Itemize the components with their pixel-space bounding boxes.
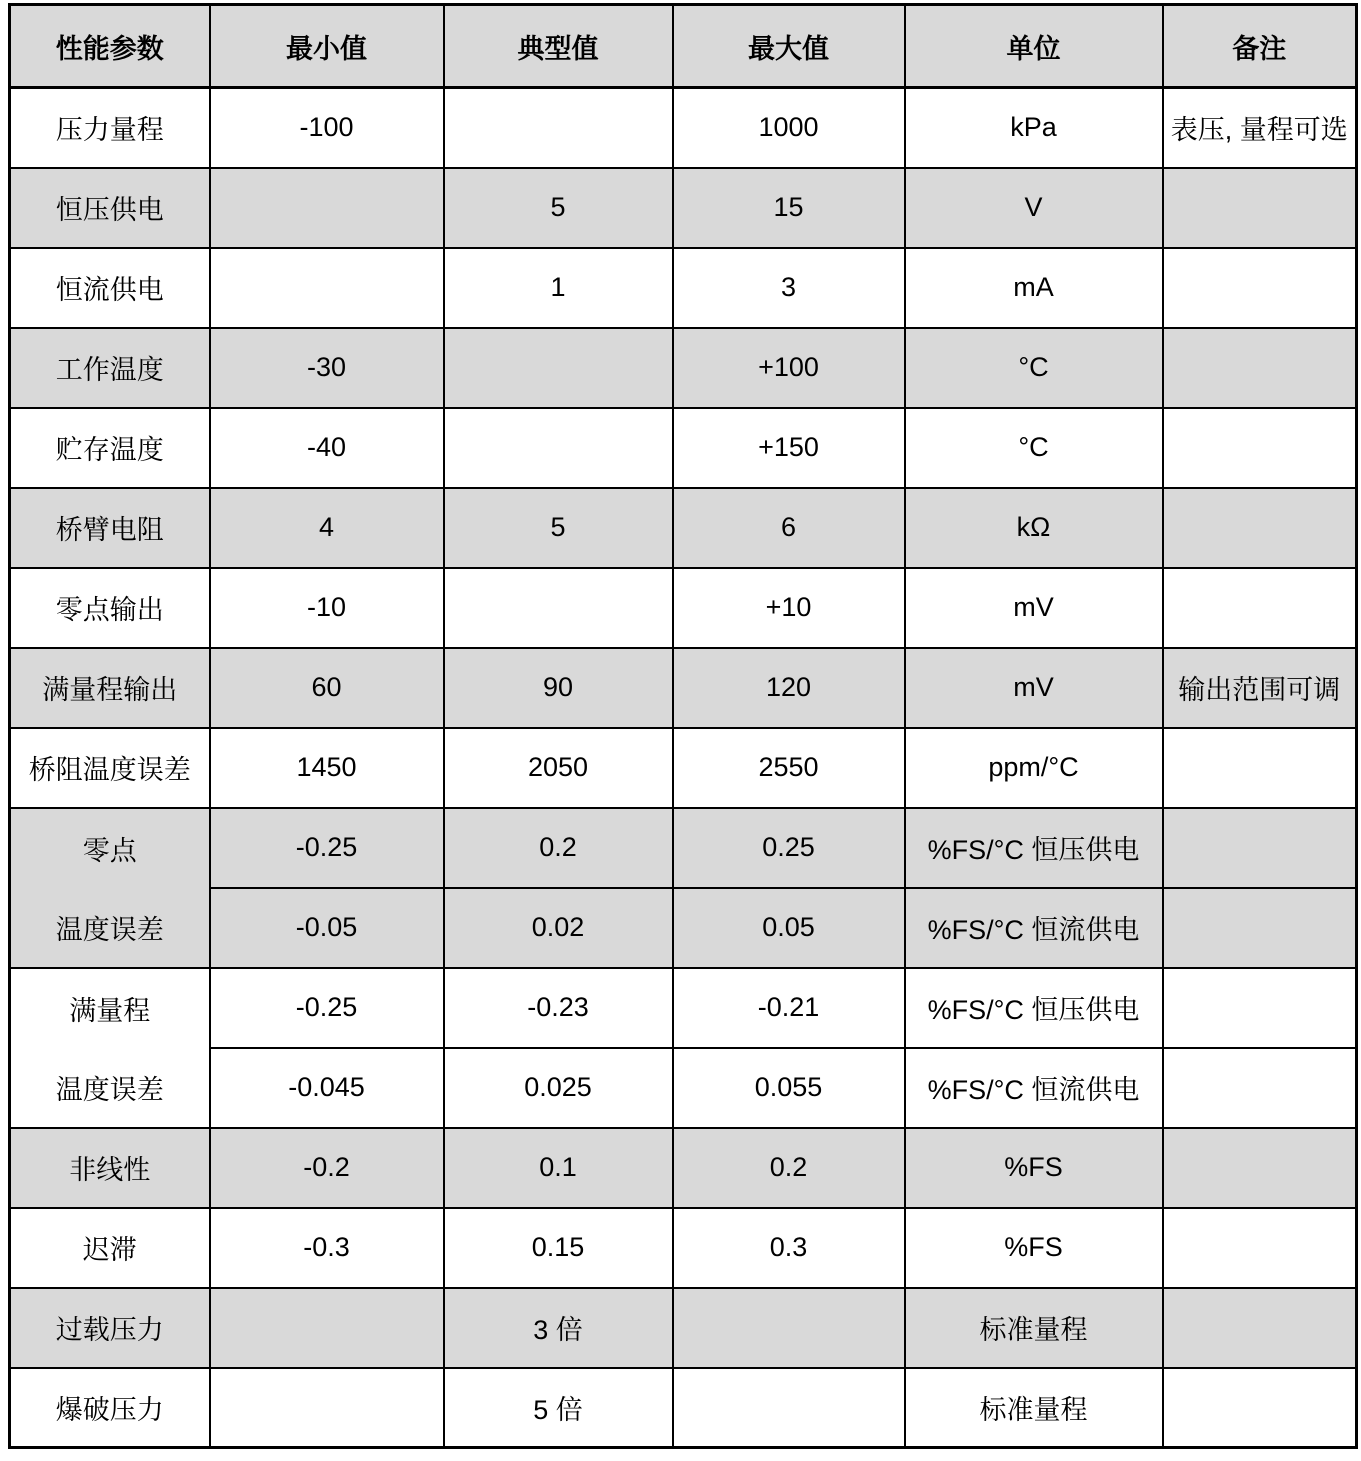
- min-cell: [210, 248, 444, 328]
- min-cell: -10: [210, 568, 444, 648]
- column-header-2: 典型值: [444, 5, 673, 88]
- unit-cell: %FS/°C 恒流供电: [905, 888, 1163, 968]
- typ-cell: [444, 408, 673, 488]
- max-cell: +150: [673, 408, 905, 488]
- max-cell: -0.21: [673, 968, 905, 1048]
- unit-cell: 标准量程: [905, 1288, 1163, 1368]
- note-cell: [1163, 968, 1357, 1048]
- unit-cell: °C: [905, 328, 1163, 408]
- table-row: 恒流供电13mA: [10, 248, 1357, 328]
- param-line: 温度误差: [11, 1048, 209, 1127]
- note-cell: [1163, 1368, 1357, 1448]
- table-row: 零点温度误差-0.250.20.25%FS/°C 恒压供电: [10, 808, 1357, 888]
- typ-cell: 5: [444, 488, 673, 568]
- note-cell: [1163, 168, 1357, 248]
- note-cell: [1163, 248, 1357, 328]
- table-row: 迟滞-0.30.150.3%FS: [10, 1208, 1357, 1288]
- unit-cell: %FS: [905, 1128, 1163, 1208]
- table-row: 非线性-0.20.10.2%FS: [10, 1128, 1357, 1208]
- header-row: 性能参数最小值典型值最大值单位备注: [10, 5, 1357, 88]
- min-cell: 60: [210, 648, 444, 728]
- unit-cell: mA: [905, 248, 1163, 328]
- typ-cell: 0.2: [444, 808, 673, 888]
- note-cell: [1163, 1288, 1357, 1368]
- table-row: 贮存温度-40+150°C: [10, 408, 1357, 488]
- param-lines: 满量程温度误差: [11, 969, 209, 1127]
- max-cell: [673, 1368, 905, 1448]
- max-cell: 1000: [673, 88, 905, 168]
- max-cell: 0.05: [673, 888, 905, 968]
- table-row: 压力量程-1001000kPa表压, 量程可选: [10, 88, 1357, 168]
- unit-cell: ppm/°C: [905, 728, 1163, 808]
- table-row: 恒压供电515V: [10, 168, 1357, 248]
- typ-cell: 90: [444, 648, 673, 728]
- param-cell: 零点温度误差: [10, 808, 210, 968]
- unit-cell: °C: [905, 408, 1163, 488]
- spec-table-body: 压力量程-1001000kPa表压, 量程可选恒压供电515V恒流供电13mA工…: [10, 88, 1357, 1448]
- note-cell: [1163, 1048, 1357, 1128]
- typ-cell: 2050: [444, 728, 673, 808]
- typ-cell: [444, 328, 673, 408]
- param-cell: 过载压力: [10, 1288, 210, 1368]
- max-cell: 15: [673, 168, 905, 248]
- min-cell: [210, 1368, 444, 1448]
- param-cell: 非线性: [10, 1128, 210, 1208]
- typ-cell: 0.02: [444, 888, 673, 968]
- param-cell: 工作温度: [10, 328, 210, 408]
- param-cell: 桥臂电阻: [10, 488, 210, 568]
- table-row: -0.0450.0250.055%FS/°C 恒流供电: [10, 1048, 1357, 1128]
- note-cell: [1163, 568, 1357, 648]
- table-row: 桥阻温度误差145020502550ppm/°C: [10, 728, 1357, 808]
- column-header-3: 最大值: [673, 5, 905, 88]
- table-row: 工作温度-30+100°C: [10, 328, 1357, 408]
- param-line: 零点: [11, 809, 209, 888]
- min-cell: [210, 1288, 444, 1368]
- param-cell: 爆破压力: [10, 1368, 210, 1448]
- param-cell: 满量程输出: [10, 648, 210, 728]
- note-cell: [1163, 888, 1357, 968]
- unit-cell: mV: [905, 648, 1163, 728]
- typ-cell: 0.15: [444, 1208, 673, 1288]
- unit-cell: 标准量程: [905, 1368, 1163, 1448]
- unit-cell: %FS: [905, 1208, 1163, 1288]
- min-cell: -0.2: [210, 1128, 444, 1208]
- note-cell: 输出范围可调: [1163, 648, 1357, 728]
- table-row: 过载压力3 倍标准量程: [10, 1288, 1357, 1368]
- typ-cell: -0.23: [444, 968, 673, 1048]
- table-row: 爆破压力5 倍标准量程: [10, 1368, 1357, 1448]
- min-cell: 1450: [210, 728, 444, 808]
- min-cell: -0.045: [210, 1048, 444, 1128]
- min-cell: -100: [210, 88, 444, 168]
- table-row: 零点输出-10+10mV: [10, 568, 1357, 648]
- max-cell: 0.055: [673, 1048, 905, 1128]
- typ-cell: 5 倍: [444, 1368, 673, 1448]
- param-cell: 迟滞: [10, 1208, 210, 1288]
- column-header-1: 最小值: [210, 5, 444, 88]
- max-cell: 0.3: [673, 1208, 905, 1288]
- column-header-0: 性能参数: [10, 5, 210, 88]
- min-cell: -30: [210, 328, 444, 408]
- spec-table: 性能参数最小值典型值最大值单位备注 压力量程-1001000kPa表压, 量程可…: [8, 3, 1358, 1449]
- param-cell: 恒流供电: [10, 248, 210, 328]
- typ-cell: 0.1: [444, 1128, 673, 1208]
- unit-cell: V: [905, 168, 1163, 248]
- unit-cell: mV: [905, 568, 1163, 648]
- max-cell: 2550: [673, 728, 905, 808]
- note-cell: [1163, 328, 1357, 408]
- min-cell: -0.25: [210, 968, 444, 1048]
- param-cell: 贮存温度: [10, 408, 210, 488]
- note-cell: [1163, 1128, 1357, 1208]
- note-cell: [1163, 808, 1357, 888]
- param-lines: 零点温度误差: [11, 809, 209, 967]
- min-cell: -0.3: [210, 1208, 444, 1288]
- max-cell: 0.25: [673, 808, 905, 888]
- unit-cell: %FS/°C 恒压供电: [905, 968, 1163, 1048]
- param-cell: 压力量程: [10, 88, 210, 168]
- column-header-4: 单位: [905, 5, 1163, 88]
- typ-cell: [444, 88, 673, 168]
- param-line: 满量程: [11, 969, 209, 1048]
- max-cell: +100: [673, 328, 905, 408]
- unit-cell: %FS/°C 恒流供电: [905, 1048, 1163, 1128]
- max-cell: 0.2: [673, 1128, 905, 1208]
- typ-cell: 0.025: [444, 1048, 673, 1128]
- min-cell: -0.05: [210, 888, 444, 968]
- max-cell: [673, 1288, 905, 1368]
- unit-cell: kΩ: [905, 488, 1163, 568]
- param-cell: 恒压供电: [10, 168, 210, 248]
- note-cell: [1163, 488, 1357, 568]
- note-cell: [1163, 728, 1357, 808]
- typ-cell: [444, 568, 673, 648]
- unit-cell: kPa: [905, 88, 1163, 168]
- param-cell: 满量程温度误差: [10, 968, 210, 1128]
- table-row: 桥臂电阻456kΩ: [10, 488, 1357, 568]
- param-line: 温度误差: [11, 888, 209, 967]
- max-cell: 3: [673, 248, 905, 328]
- max-cell: 120: [673, 648, 905, 728]
- table-row: 满量程输出6090120mV输出范围可调: [10, 648, 1357, 728]
- note-cell: [1163, 1208, 1357, 1288]
- unit-cell: %FS/°C 恒压供电: [905, 808, 1163, 888]
- min-cell: [210, 168, 444, 248]
- typ-cell: 5: [444, 168, 673, 248]
- max-cell: +10: [673, 568, 905, 648]
- param-cell: 零点输出: [10, 568, 210, 648]
- note-cell: 表压, 量程可选: [1163, 88, 1357, 168]
- max-cell: 6: [673, 488, 905, 568]
- typ-cell: 1: [444, 248, 673, 328]
- param-cell: 桥阻温度误差: [10, 728, 210, 808]
- min-cell: 4: [210, 488, 444, 568]
- table-row: -0.050.020.05%FS/°C 恒流供电: [10, 888, 1357, 968]
- table-row: 满量程温度误差-0.25-0.23-0.21%FS/°C 恒压供电: [10, 968, 1357, 1048]
- note-cell: [1163, 408, 1357, 488]
- typ-cell: 3 倍: [444, 1288, 673, 1368]
- min-cell: -0.25: [210, 808, 444, 888]
- column-header-5: 备注: [1163, 5, 1357, 88]
- min-cell: -40: [210, 408, 444, 488]
